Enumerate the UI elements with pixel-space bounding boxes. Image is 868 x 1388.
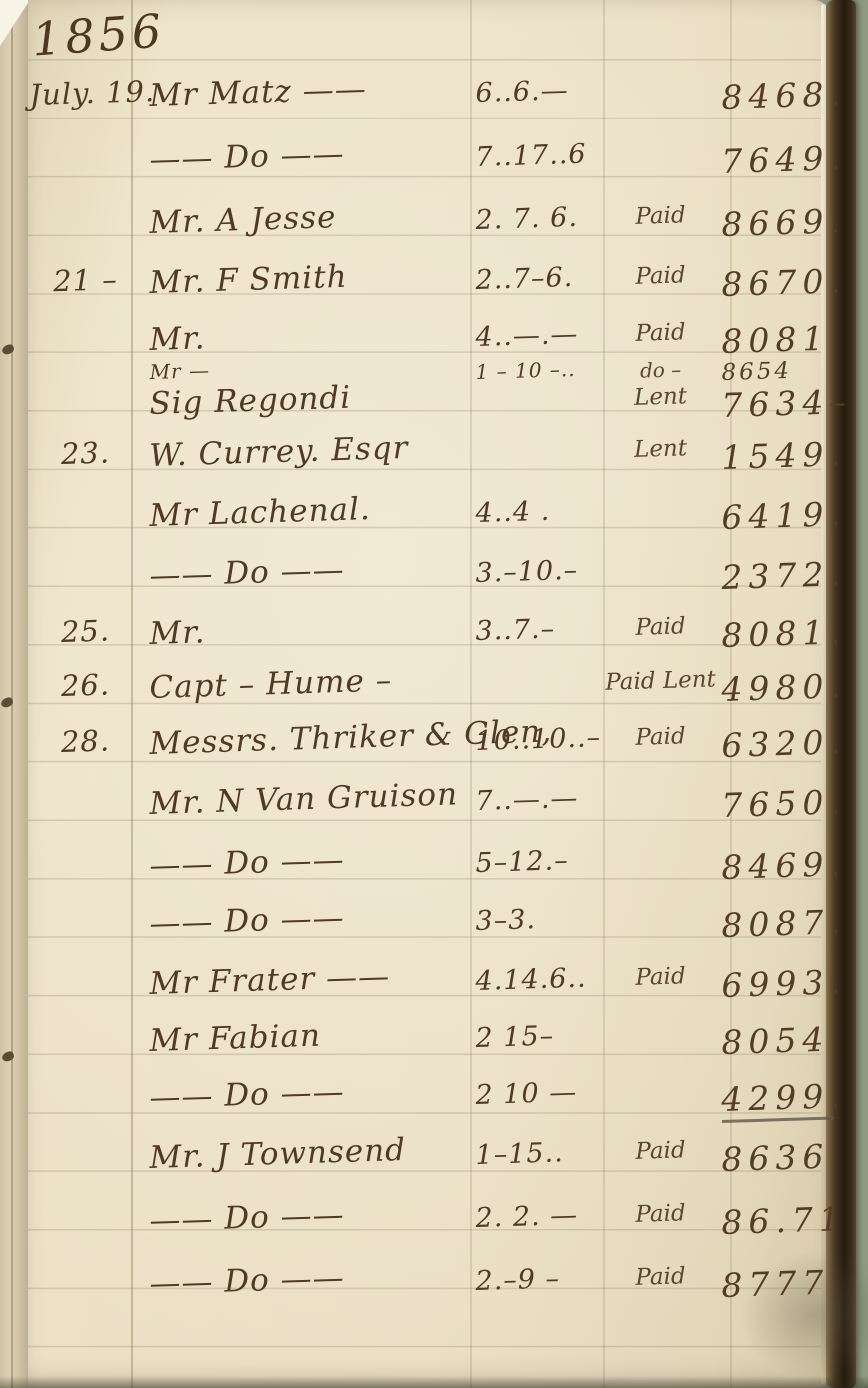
number-cell: 8654 [721,356,834,386]
note-cell: Paid [597,1262,724,1292]
number-cell: 1549. [721,435,834,477]
amount-cell: 2. 2. — [475,1199,598,1234]
number-cell: 8087. [721,903,834,945]
number-cell: 2372. [721,555,834,597]
amount-cell: 2..7–6. [475,261,598,296]
amount-cell: 5–12.– [475,844,598,879]
ledger-row: Mr Frater ——4.14.6..Paid6993. [0,966,868,1018]
number-cell: 8777 [721,1263,834,1305]
ledger-row: —— Do ——2. 2. —Paid86.71 [0,1203,868,1255]
number-cell: 7650. [721,783,834,825]
number-cell: 8054 [721,1020,834,1062]
amount-cell: 2 15– [475,1019,598,1054]
ledger-row: —— Do ——3–3.8087. [0,906,868,958]
number-cell: 8669. [721,202,834,244]
ledger-row: —— Do ——3.–10.–2372. [0,558,868,610]
number-cell: 86.71 [721,1200,834,1242]
number-cell: 8081 [721,319,834,361]
ledger-row: —— Do ——5–12.–8469. [0,848,868,900]
date-cell: 21 – [29,261,142,299]
amount-cell: 1–15.. [475,1136,598,1171]
number-cell: 8469. [721,845,834,887]
amount-cell: 4.14.6.. [475,962,598,997]
ledger-row: Mr. N Van Gruison7..—.—7650. [0,786,868,838]
note-cell: Paid Lent [597,666,724,696]
ledger-row: —— Do ——2.–9 –Paid8777 [0,1266,868,1318]
note-cell: Paid [597,261,724,291]
amount-cell: 2. 7. 6. [475,201,598,236]
amount-cell: 1 – 10 –.. [475,356,598,384]
amount-cell: 3.–10.– [475,554,598,589]
amount-cell: 4..4 . [475,494,598,529]
ledger-row: Mr. A Jesse2. 7. 6.Paid8669. [0,205,868,257]
ledger-row: Mr Fabian2 15–8054 [0,1023,868,1075]
date-cell: 25. [29,612,142,650]
note-cell: Paid [597,962,724,992]
note-cell: Lent [597,382,724,412]
number-cell: 4299. [721,1077,834,1123]
ledger-row: 26.Capt – Hume –Paid Lent4980. [0,670,868,722]
number-cell: 6320. [721,723,834,765]
note-cell: Paid [597,612,724,642]
ledger-row: —— Do ——2 10 —4299. [0,1080,868,1132]
number-cell: 4980. [721,667,834,709]
date-cell: 23. [29,434,142,472]
ledger-row: July. 19.Mr Matz ——6..6.—8468. [0,78,868,130]
note-cell: Paid [597,318,724,348]
number-cell: 6993. [721,963,834,1005]
number-cell: 8670. [721,262,834,304]
amount-cell: 10..10..– [475,722,598,757]
amount-cell: 2.–9 – [475,1262,598,1297]
ledger-row: 21 –Mr. F Smith2..7–6.Paid8670. [0,265,868,317]
scanned-ledger-screenshot: { "document": { "kind": "scanned handwri… [0,0,868,1388]
amount-cell: 6..6.— [475,74,598,109]
number-cell: 8081. [721,613,834,655]
note-cell: Lent [597,434,724,464]
ledger-row: Mr Lachenal.4..4 .6419. [0,498,868,550]
date-cell: July. 19. [29,74,142,112]
note-cell: Paid [597,201,724,231]
note-cell: Paid [597,1136,724,1166]
ledger-row: —— Do ——7..17..67649. [0,142,868,194]
note-cell: do – [597,356,724,384]
amount-cell: 7..17..6 [475,138,598,173]
amount-cell: 3..7.– [475,612,598,647]
amount-cell: 7..—.— [475,782,598,817]
number-cell: 8636 [721,1137,834,1179]
amount-cell: 4..—.— [475,318,598,353]
date-cell: 26. [29,666,142,704]
note-cell: Paid [597,722,724,752]
note-cell: Paid [597,1199,724,1229]
ledger-row: 28.Messrs. Thriker & Glen,10..10..–Paid6… [0,726,868,778]
bottom-page-shadow [0,1376,868,1388]
number-cell: 6419. [721,495,834,537]
amount-cell: 3–3. [475,902,598,937]
year-heading: 1856 [30,3,167,66]
ledger-row: 23.W. Currey. EsqrLent1549. [0,438,868,490]
number-cell: 8468. [721,75,834,117]
date-cell: 28. [29,722,142,760]
number-cell: 7649. [721,139,834,181]
number-cell: 7634– [721,383,834,425]
ledger-row: Mr. J Townsend1–15..Paid8636 [0,1140,868,1192]
amount-cell: 2 10 — [475,1076,598,1111]
